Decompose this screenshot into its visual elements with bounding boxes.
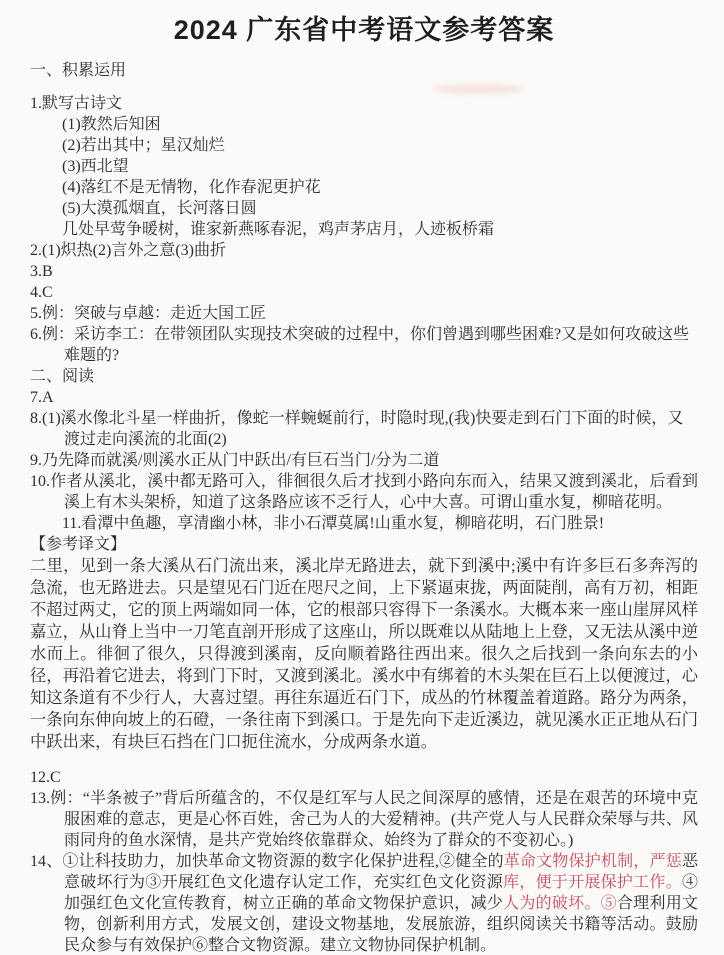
q5-answer: 5.例：突破与卓越：走近大国工匠 <box>30 303 698 324</box>
q1-heading: 1.默写古诗文 <box>30 93 698 114</box>
q13-answer: 13.例：“半条被子”背后所蕴含的，不仅是红军与人民之间深厚的感情，还是在艰苦的… <box>30 788 698 851</box>
q1-answer-item: (1)教然后知困 <box>62 114 698 135</box>
q14-segment-red: 人为的破坏。⑤ <box>503 895 617 912</box>
q8-answer: 8.(1)溪水像北斗星一样曲折，像蛇一样蜿蜒前行，时隐时现,(我)快要走到石门下… <box>30 408 698 450</box>
translation-heading: 【参考译文】 <box>30 534 698 555</box>
q7-answer: 7.A <box>30 387 698 408</box>
q1-answer-item: (2)若出其中；星汉灿烂 <box>62 135 698 156</box>
section-2-heading: 二、阅读 <box>30 366 698 387</box>
section-1-heading: 一、积累运用 <box>30 60 698 81</box>
scan-artifact <box>432 84 524 94</box>
q1-answer-item: 几处早莺争暖树，谁家新燕啄春泥，鸡声茅店月，人迹板桥霜 <box>62 219 698 240</box>
q14-answer: 14、①让科技助力，加快革命文物资源的数字化保护进程,②健全的革命文物保护机制，… <box>30 851 698 955</box>
q1-answer-item: (5)大漠孤烟直，长河落日圆 <box>62 198 698 219</box>
q14-segment-red: 库，便于开展保护工作。 <box>503 874 682 891</box>
document-page: 2024 广东省中考语文参考答案 一、积累运用 1.默写古诗文 (1)教然后知困… <box>0 0 724 955</box>
q10-answer: 10.作者从溪北，溪中都无路可入，徘徊很久后才找到小路向东而入，结果又渡到溪北，… <box>30 471 698 513</box>
q14-segment-red: 革命文物保护机制，严惩 <box>504 853 682 870</box>
q12-answer: 12.C <box>30 767 698 788</box>
q4-answer: 4.C <box>30 282 698 303</box>
q11-answer: 11.看潭中鱼趣，享清幽小林，非小石潭莫属!山重水复，柳暗花明，石门胜景! <box>62 513 698 534</box>
q1-answer-item: (3)西北望 <box>62 156 698 177</box>
page-title: 2024 广东省中考语文参考答案 <box>30 12 698 48</box>
q2-answer: 2.(1)炽热(2)言外之意(3)曲折 <box>30 240 698 261</box>
q3-answer: 3.B <box>30 261 698 282</box>
q1-answer-item: (4)落红不是无情物，化作春泥更护花 <box>62 177 698 198</box>
q14-segment: 14、①让科技助力，加快革命文物资源的数字化保护进程,②健全的 <box>30 853 504 870</box>
translation-body: 二里，见到一条大溪从石门流出来，溪北岸无路进去，就下到溪中;溪中有许多巨石多奔泻… <box>30 555 698 753</box>
q1-answer-list: (1)教然后知困 (2)若出其中；星汉灿烂 (3)西北望 (4)落红不是无情物，… <box>62 114 698 240</box>
q9-answer: 9.乃先降而就溪/则溪水正从门中跃出/有巨石当门/分为二道 <box>30 450 698 471</box>
q6-answer: 6.例：采访李工：在带领团队实现技术突破的过程中，你们曾遇到哪些困难?又是如何攻… <box>30 324 698 366</box>
